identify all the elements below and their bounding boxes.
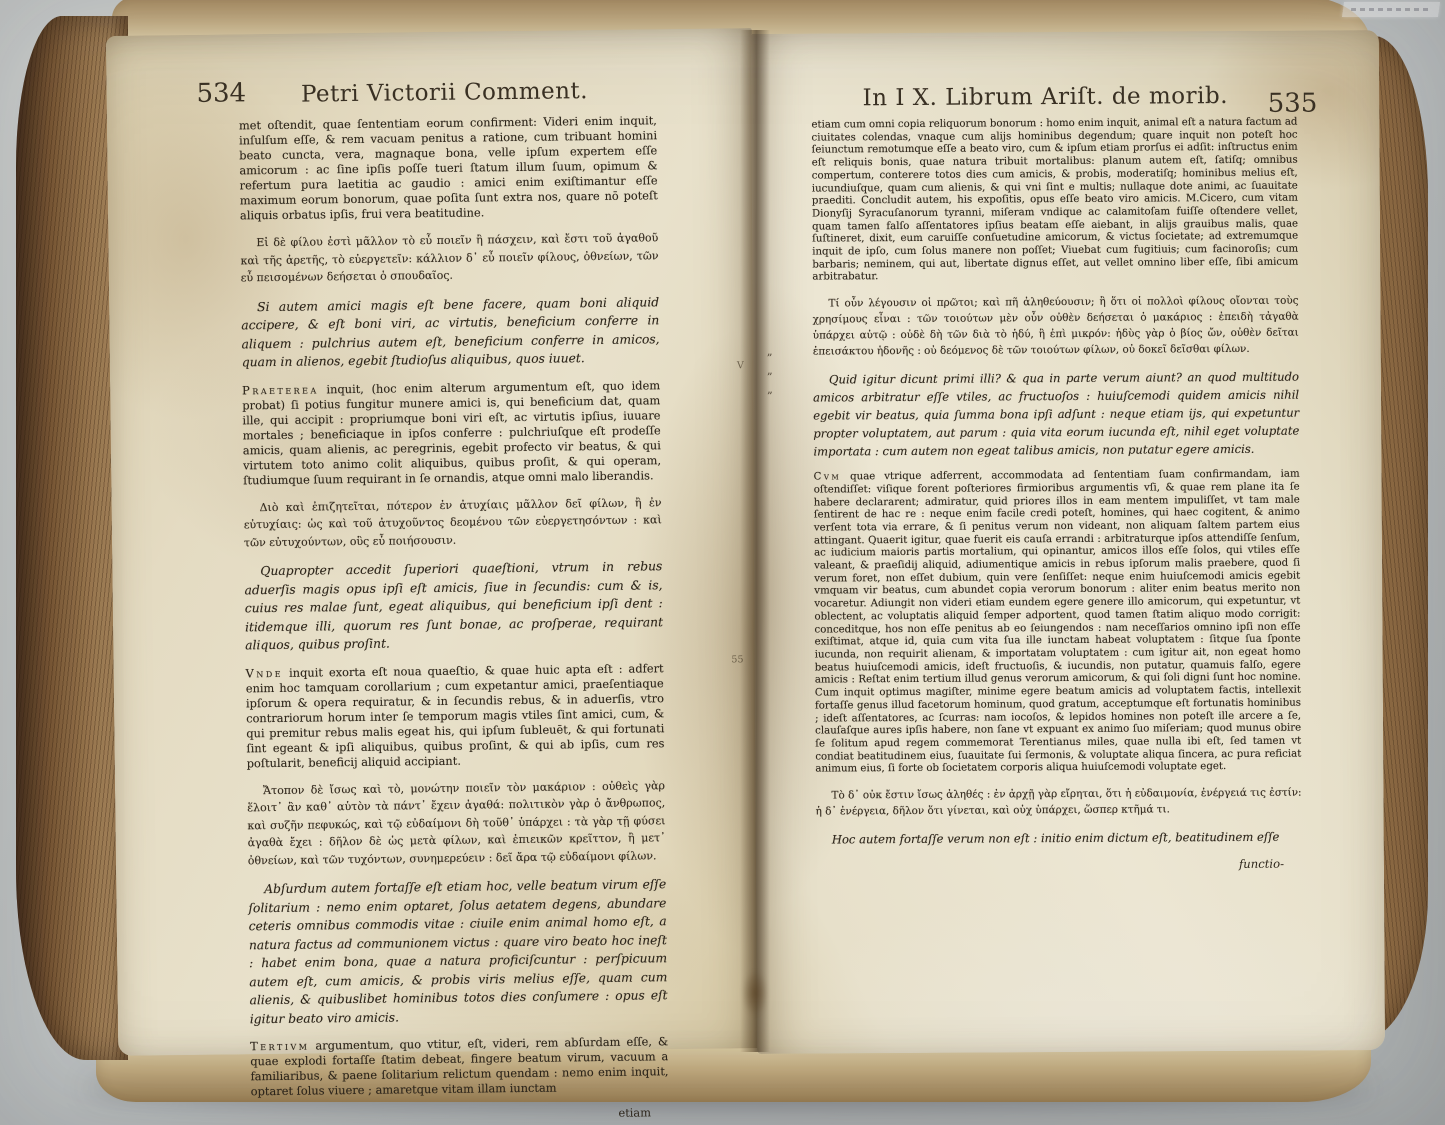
- latin-translation-paragraph: Quapropter accedit ſuperiori quaeſtioni,…: [244, 557, 663, 655]
- paragraph-text: Quapropter accedit ſuperiori quaeſtioni,…: [244, 559, 663, 652]
- page-left-text-column: met oſtendit, quae ſententiam eorum conf…: [239, 113, 669, 1124]
- latin-paragraph: Vnde inquit exorta eſt noua quaeſtio, & …: [245, 661, 664, 771]
- latin-paragraph: met oſtendit, quae ſententiam eorum conf…: [239, 113, 658, 223]
- greek-passage: Εἰ δὲ φίλου ἐστὶ μᾶλλον τὸ εὖ ποιεῖν ἢ π…: [240, 229, 659, 287]
- latin-paragraph: Praeterea inquit, (hoc enim alterum argu…: [242, 378, 661, 488]
- paragraph-text: Si autem amici magis eſt bene facere, qu…: [241, 295, 659, 370]
- running-head-left: Petri Victorii Comment.: [301, 78, 588, 108]
- photo-backdrop: 534 Petri Victorii Comment. met oſtendit…: [0, 0, 1445, 1125]
- greek-passage: Τί οὖν λέγουσιν οἱ πρῶτοι; καὶ πῆ ἀληθεύ…: [812, 293, 1298, 360]
- book-gutter-shadow: [740, 30, 770, 1052]
- catchword-right: functio-: [816, 857, 1284, 874]
- paragraph-text: Εἰ δὲ φίλου ἐστὶ μᾶλλον τὸ εὖ ποιεῖν ἢ π…: [240, 231, 658, 284]
- greek-passage: Διὸ καὶ ἐπιζητεῖται, πότερον ἐν ἀτυχίαις…: [243, 494, 662, 552]
- paragraph-text: Hoc autem fortaſſe verum non eſt : initi…: [832, 830, 1280, 847]
- latin-translation-paragraph: Hoc autem fortaſſe verum non eſt : initi…: [816, 828, 1302, 849]
- paragraph-text: Διὸ καὶ ἐπιζητεῖται, πότερον ἐν ἀτυχίαις…: [244, 496, 662, 549]
- paragraph-lead: Vnde: [245, 665, 283, 679]
- page-number-534: 534: [196, 78, 246, 109]
- page-number-535: 535: [1268, 88, 1318, 118]
- latin-paragraph: Cvm quae vtrique adferrent, accommodata …: [814, 469, 1302, 777]
- open-book: 534 Petri Victorii Comment. met oſtendit…: [16, 0, 1428, 1116]
- paragraph-text: Quid igitur dicunt primi illi? & qua in …: [813, 370, 1299, 459]
- latin-translation-paragraph: Abſurdum autem fortaſſe eſt etiam hoc, v…: [248, 875, 668, 1028]
- paragraph-lead: Praeterea: [242, 382, 319, 397]
- paragraph-text: Τὸ δ᾽ οὐκ ἔστιν ἴσως ἀληθές : ἐν ἀρχῇ γὰ…: [816, 787, 1302, 818]
- greek-passage: Ἄτοπον δὲ ἴσως καὶ τὸ, μονώτην ποιεῖν τὸ…: [247, 777, 666, 870]
- latin-translation-paragraph: Si autem amici magis eſt bene facere, qu…: [241, 293, 660, 372]
- paragraph-text: Abſurdum autem fortaſſe eſt etiam hoc, v…: [248, 877, 667, 1026]
- faint-corner-label: [1342, 2, 1440, 17]
- paragraph-text: argumentum, quo vtitur, eſt, videri, rem…: [250, 1034, 668, 1098]
- latin-paragraph: Tertivm argumentum, quo vtitur, eſt, vid…: [250, 1034, 669, 1099]
- page-left-534: 534 Petri Victorii Comment. met oſtendit…: [106, 28, 764, 1056]
- paragraph-lead: Cvm: [814, 472, 842, 483]
- paragraph-text: inquit exorta eſt noua quaeſtio, & quae …: [246, 661, 665, 770]
- paragraph-text: Ἄτοπον δὲ ἴσως καὶ τὸ, μονώτην ποιεῖν τὸ…: [247, 779, 666, 867]
- latin-paragraph: etiam cum omni copia reliquorum bonorum …: [811, 117, 1298, 285]
- paragraph-text: met oſtendit, quae ſententiam eorum conf…: [239, 113, 658, 222]
- page-right-header: In I X. Librum Ariſt. de morib. 535: [807, 83, 1283, 112]
- gutter-stain: [742, 970, 768, 1016]
- page-left-header: 534 Petri Victorii Comment.: [224, 77, 664, 108]
- greek-passage: Τὸ δ᾽ οὐκ ἔστιν ἴσως ἀληθές : ἐν ἀρχῇ γὰ…: [815, 785, 1301, 820]
- latin-translation-paragraph: Quid igitur dicunt primi illi? & qua in …: [813, 368, 1300, 461]
- page-right-text-column: „ „ „ etiam cum omni copia reliquorum bo…: [811, 117, 1302, 874]
- running-head-right: In I X. Librum Ariſt. de morib.: [862, 83, 1228, 111]
- paragraph-lead: Tertivm: [250, 1039, 309, 1054]
- paragraph-text: Τί οὖν λέγουσιν οἱ πρῶτοι; καὶ πῆ ἀληθεύ…: [813, 295, 1299, 358]
- catchword-left: etiam: [251, 1105, 651, 1124]
- paragraph-text: quae vtrique adferrent, accommodata ad ſ…: [814, 469, 1302, 775]
- paragraph-text: etiam cum omni copia reliquorum bonorum …: [811, 117, 1298, 283]
- page-right-535: In I X. Librum Ariſt. de morib. 535 „ „ …: [751, 30, 1385, 1054]
